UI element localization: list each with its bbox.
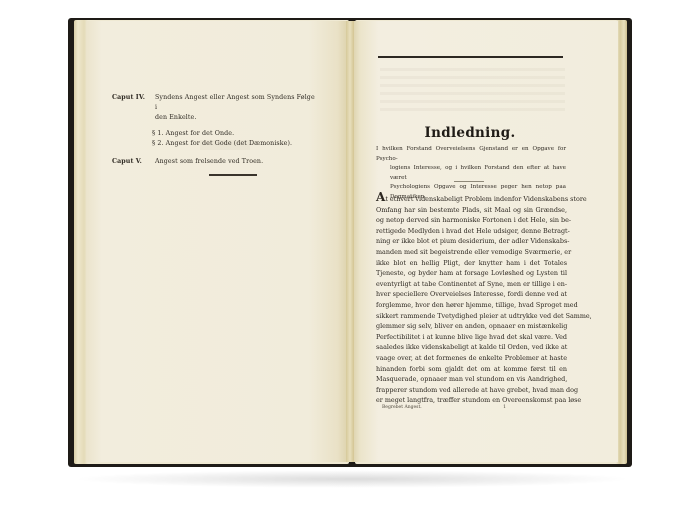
toc-section: § 1. Angest for det Onde. (112, 129, 317, 139)
body-line: eventyrligt at tabe Continentet af Syne,… (376, 279, 567, 290)
book-shadow (72, 470, 632, 488)
body-text: At ethvert videnskabeligt Problem indenf… (376, 193, 567, 406)
body-line: frapperer stundom ved allerede at have g… (376, 385, 567, 396)
left-page (86, 21, 348, 462)
body-line: forglemme, hvor den hører hjemme, tillig… (376, 300, 567, 311)
body-line: saaledes ikke videnskabeligt at kalde ti… (376, 342, 567, 353)
summary-line: I hvilken Forstand Overveielsens Gjensta… (376, 145, 566, 164)
summary-divider-rule (454, 181, 484, 182)
toc-chapter-label: Caput IV. (112, 93, 155, 113)
body-line: hinanden forbi som gjaldt det om at komm… (376, 364, 567, 375)
header-rule (378, 56, 563, 58)
body-line: og netop derved sin harmoniske Fortonen … (376, 215, 567, 226)
drop-cap: A (376, 190, 385, 204)
printer-signature: Begrebet Angest. (382, 405, 422, 410)
book-gutter (346, 21, 354, 462)
body-line: sikkert rammende Tvetydighed pleier at u… (376, 311, 567, 322)
section-divider-rule (209, 174, 257, 176)
body-line: At ethvert videnskabeligt Problem indenf… (376, 193, 567, 205)
toc-chapter-title-cont: den Enkelte. (112, 113, 317, 123)
toc-chapter-title: Angest som frelsende ved Troen. (155, 157, 263, 167)
body-line: rettigede Medlyden i hvad det Hele udsig… (376, 226, 567, 237)
toc-chapter-label: Caput V. (112, 157, 155, 167)
chapter-title: Indledning. (380, 125, 560, 141)
body-line: Masquerade, opnaaer man vel stundom en v… (376, 374, 567, 385)
table-of-contents: Caput IV. Syndens Angest eller Angest so… (112, 93, 317, 167)
body-line: hver speciellere Overveielses Interesse,… (376, 289, 567, 300)
body-line: glemmer sig selv, bliver en anden, opnaa… (376, 321, 567, 332)
body-line: ikke blot en hellig Pligt, der knytter h… (376, 258, 567, 269)
body-line: vaage over, at det formenes de enkelte P… (376, 353, 567, 364)
toc-entry: Caput V. Angest som frelsende ved Troen. (112, 157, 317, 167)
body-line: ning er ikke blot et pium desiderium, de… (376, 236, 567, 247)
body-line: Tjeneste, og byder ham at forsage Lovløs… (376, 268, 567, 279)
toc-section: § 2. Angest for det Gode (det Dæmoniske)… (112, 139, 317, 149)
body-line: Perfectibilitet i at kunne blive lige hv… (376, 332, 567, 343)
page-number: 1 (503, 405, 562, 410)
body-line: manden med sit begeistrende eller vemodi… (376, 247, 567, 258)
body-line: Omfang har sin bestemte Plads, sit Maal … (376, 205, 567, 216)
page-footer: Begrebet Angest. 1 (382, 405, 562, 410)
show-through-text (380, 68, 565, 116)
toc-chapter-title: Syndens Angest eller Angest som Syndens … (155, 93, 317, 113)
toc-entry: Caput IV. Syndens Angest eller Angest so… (112, 93, 317, 113)
